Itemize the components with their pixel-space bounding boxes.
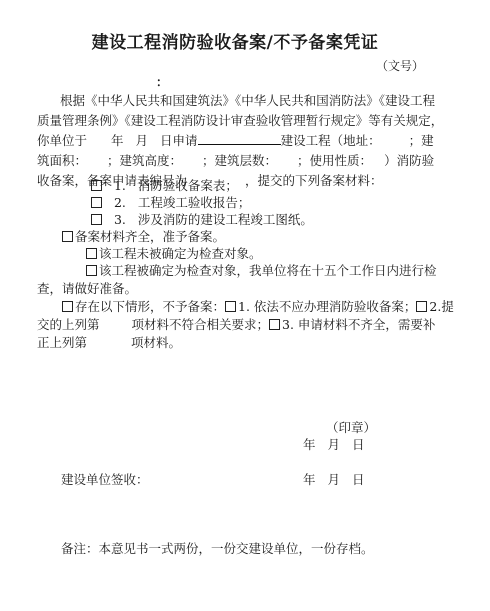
material-item[interactable]: 3. 涉及消防的建设工程竣工图纸。	[91, 210, 313, 228]
seal-date: 年月日	[303, 435, 365, 453]
material-item[interactable]: 1. 消防验收备案表；	[91, 176, 238, 194]
submitted-materials-label: ，提交的下列备案材料：	[245, 173, 383, 188]
usage-label: ；使用性质：	[297, 153, 372, 168]
month-label: 月	[136, 133, 149, 148]
receipt-label: 建设单位签收：	[61, 470, 149, 488]
year-label: 年	[111, 133, 124, 148]
day-apply-label: 日申请	[160, 133, 198, 148]
material-item[interactable]: 2. 工程竣工验收报告；	[91, 193, 250, 211]
checkbox-icon[interactable]	[91, 197, 102, 208]
checkbox-icon[interactable]	[86, 248, 97, 259]
option-reject-line-3: 正上列第项材料。	[37, 333, 181, 351]
addressee-colon: ：	[156, 73, 168, 90]
option-complete[interactable]: 备案材料齐全，准予备案。	[62, 227, 225, 245]
seal-label: （印章）	[326, 418, 376, 436]
floor-area-label: 筑面积：	[37, 153, 87, 168]
body-line-4: 筑面积：；建筑高度：；建筑层数：；使用性质：）消防验	[37, 151, 434, 169]
applicant-label: 你单位于	[37, 133, 87, 148]
building-height-label: ；建筑高度：	[107, 153, 182, 168]
checkbox-icon[interactable]	[269, 319, 280, 330]
body-line-1: 根据《中华人民共和国建筑法》《中华人民共和国消防法》《建设工程	[60, 91, 435, 109]
document-title: 建设工程消防验收备案/不予备案凭证	[0, 28, 470, 53]
option-inspection-target-cont: 查，请做好准备。	[37, 279, 137, 297]
fire-inspection-label: ）消防验	[384, 153, 434, 168]
remark-note: 备注：本意见书一式两份，一份交建设单位，一份存档。	[61, 539, 374, 557]
body-line-3: 你单位于年月日申请建设工程（地址：；建	[37, 131, 434, 149]
receipt-date: 年月日	[303, 470, 365, 488]
project-address-label: 建设工程（地址：	[281, 133, 381, 148]
body-line-2: 质量管理条例》《建设工程消防设计审查验收管理暂行规定》等有关规定，	[37, 111, 443, 129]
document-number-label: （文号）	[376, 57, 424, 74]
checkbox-icon[interactable]	[62, 231, 73, 242]
building-floors-label: ；建筑层数：	[202, 153, 277, 168]
option-reject[interactable]: 存在以下情形，不予备案：1. 依法不应办理消防验收备案；2.提	[62, 297, 454, 315]
checkbox-icon[interactable]	[86, 265, 97, 276]
checkbox-icon[interactable]	[62, 301, 73, 312]
option-not-inspection-target[interactable]: 该工程未被确定为检查对象。	[86, 244, 262, 262]
option-reject-line-2: 交的上列第项材料不符合相关要求；3. 申请材料不齐全，需要补	[37, 315, 435, 333]
checkbox-icon[interactable]	[225, 301, 236, 312]
project-name-blank[interactable]	[198, 132, 281, 145]
option-inspection-target[interactable]: 该工程被确定为检查对象，我单位将在十五个工作日内进行检	[86, 261, 437, 279]
build-label: ；建	[409, 133, 434, 148]
checkbox-icon[interactable]	[416, 301, 427, 312]
checkbox-icon[interactable]	[91, 214, 102, 225]
checkbox-icon[interactable]	[91, 180, 102, 191]
